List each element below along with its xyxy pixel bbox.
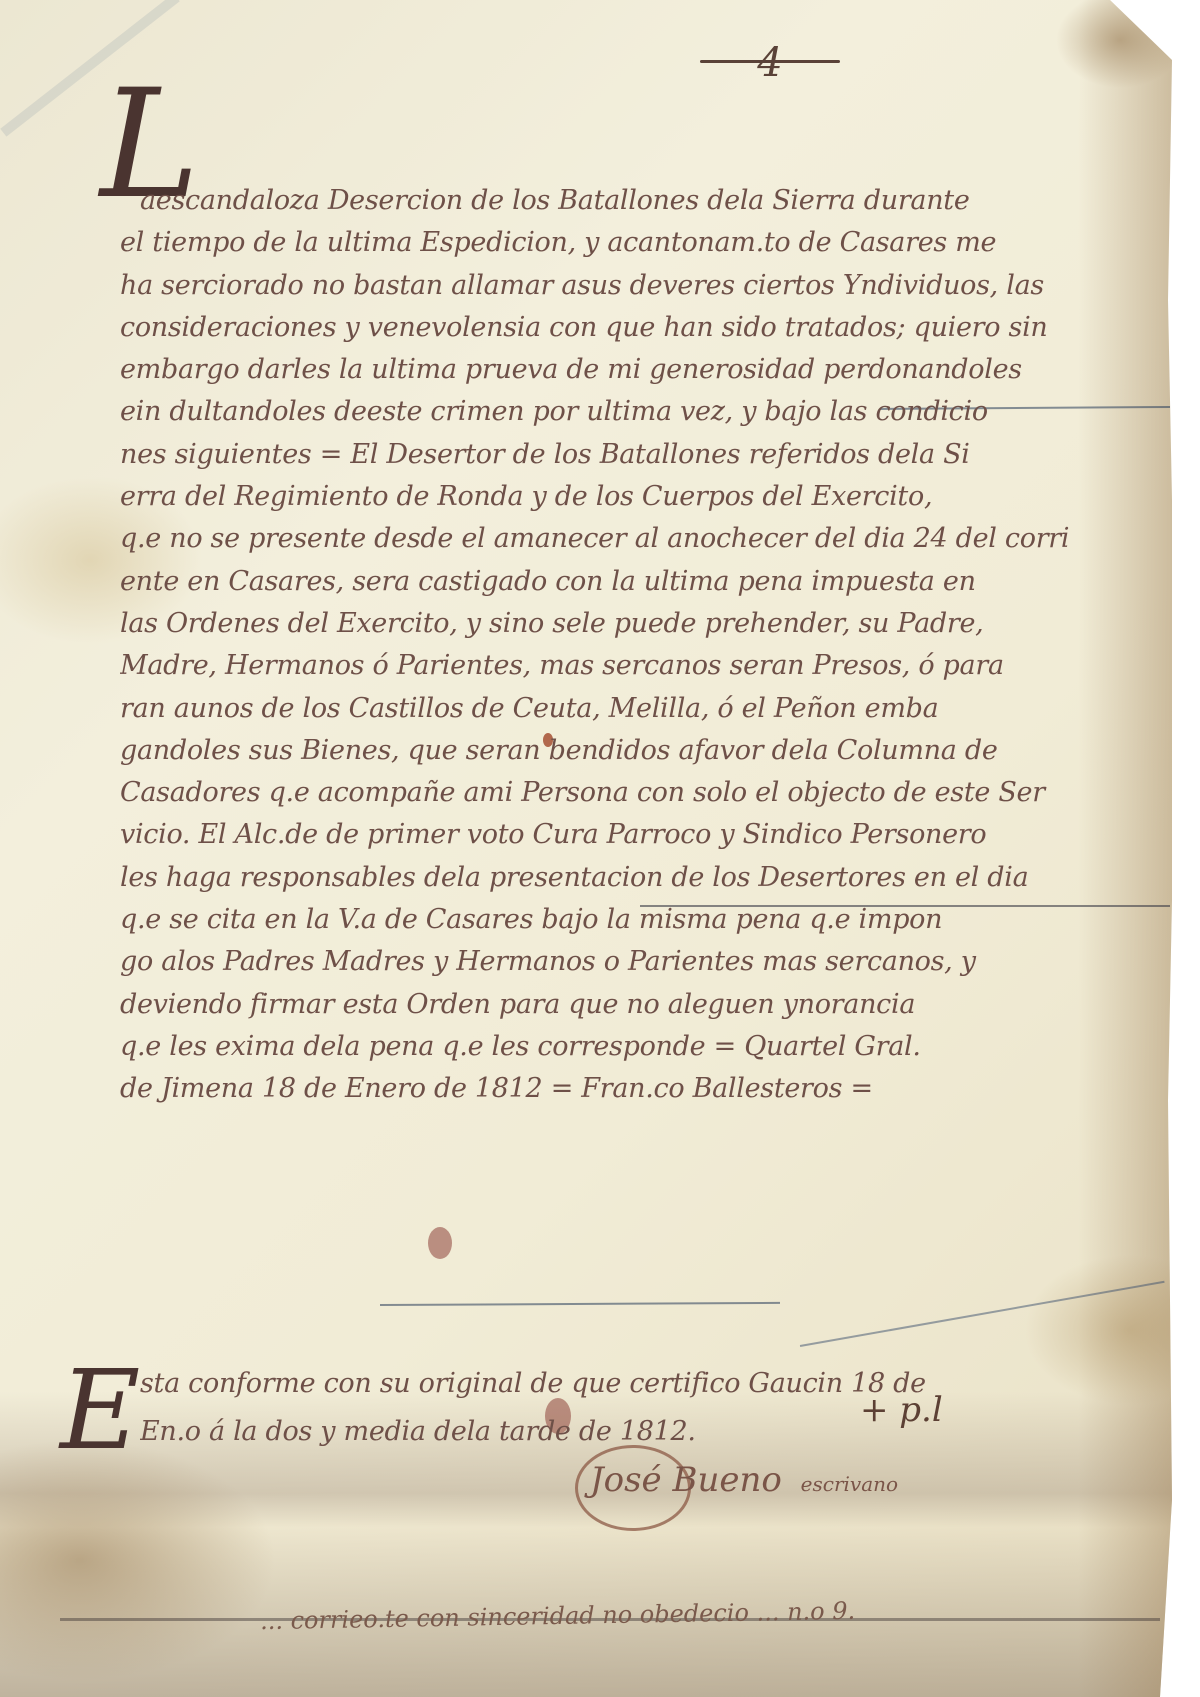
order-line: go alos Padres Madres y Hermanos o Parie… (120, 941, 1070, 983)
order-line: ha serciorado no bastan allamar asus dev… (120, 265, 1070, 307)
order-text: aescandaloza Desercion de los Batallones… (120, 180, 1070, 1111)
rubric-mark: + p.l (860, 1390, 943, 1430)
order-line: consideraciones y venevolensia con que h… (120, 307, 1070, 349)
order-line: q.e les exima dela pena q.e les correspo… (120, 1026, 1070, 1068)
folio-number: 4 (700, 40, 840, 86)
order-line: Madre, Hermanos ó Parientes, mas sercano… (120, 645, 1070, 687)
order-line: vicio. El Alc.de de primer voto Cura Par… (120, 814, 1070, 856)
signature-name: José Bueno (590, 1460, 782, 1500)
order-line: q.e no se presente desde el amanecer al … (120, 518, 1070, 560)
order-line: nes siguientes = El Desertor de los Bata… (120, 434, 1070, 476)
order-line: deviendo firmar esta Orden para que no a… (120, 984, 1070, 1026)
order-line: gandoles sus Bienes, que seran bendidos … (120, 730, 1070, 772)
signature-title: escrivano (801, 1472, 898, 1496)
order-line: aescandaloza Desercion de los Batallones… (120, 180, 1070, 222)
order-line: q.e se cita en la V.a de Casares bajo la… (120, 899, 1070, 941)
folio-underline (700, 60, 840, 63)
signature: José Bueno escrivano (590, 1460, 898, 1500)
drop-cap-certification: E (60, 1355, 140, 1465)
certification-text: sta conforme con su original de que cert… (140, 1360, 1090, 1456)
order-line: les haga responsables dela presentacion … (120, 857, 1070, 899)
order-line: ein dultandoles deeste crimen por ultima… (120, 391, 1070, 433)
order-line: de Jimena 18 de Enero de 1812 = Fran.co … (120, 1068, 1070, 1110)
order-line: ente en Casares, sera castigado con la u… (120, 561, 1070, 603)
order-line: el tiempo de la ultima Espedicion, y aca… (120, 222, 1070, 264)
certification-line: sta conforme con su original de que cert… (140, 1360, 1090, 1408)
order-line: las Ordenes del Exercito, y sino sele pu… (120, 603, 1070, 645)
wax-stain-upper (428, 1227, 452, 1259)
order-line: ran aunos de los Castillos de Ceuta, Mel… (120, 688, 1070, 730)
order-line: erra del Regimiento de Ronda y de los Cu… (120, 476, 1070, 518)
order-line: Casadores q.e acompañe ami Persona con s… (120, 772, 1070, 814)
order-line: embargo darles la ultima prueva de mi ge… (120, 349, 1070, 391)
